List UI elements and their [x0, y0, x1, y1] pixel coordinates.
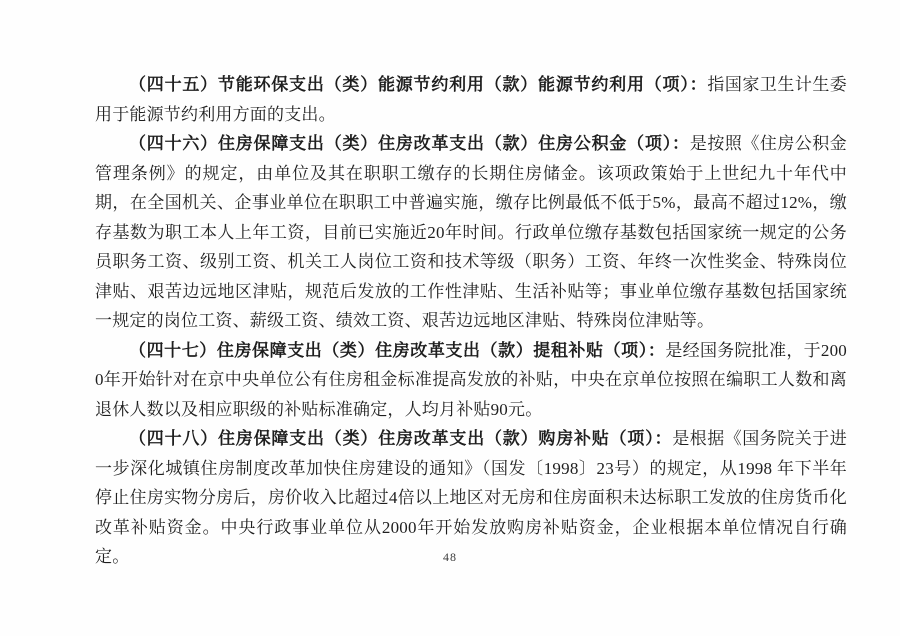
- paragraph-body: 是根据《国务院关于进一步深化城镇住房制度改革加快住房建设的通知》（国发〔1998…: [95, 429, 847, 566]
- document-page: （四十五）节能环保支出（类）能源节约利用（款）能源节约利用（项）：指国家卫生计生…: [0, 0, 900, 636]
- paragraph-item-45: （四十五）节能环保支出（类）能源节约利用（款）能源节约利用（项）：指国家卫生计生…: [95, 70, 847, 129]
- paragraph-heading: （四十五）节能环保支出（类）能源节约利用（款）能源节约利用（项）：: [129, 75, 707, 94]
- paragraph-item-46: （四十六）住房保障支出（类）住房改革支出（款）住房公积金（项）：是按照《住房公积…: [95, 129, 847, 336]
- document-body: （四十五）节能环保支出（类）能源节约利用（款）能源节约利用（项）：指国家卫生计生…: [95, 70, 847, 572]
- paragraph-heading: （四十七）住房保障支出（类）住房改革支出（款）提租补贴（项）：: [129, 341, 665, 360]
- paragraph-heading: （四十八）住房保障支出（类）住房改革支出（款）购房补贴（项）：: [129, 429, 672, 448]
- paragraph-body: 是按照《住房公积金管理条例》的规定，由单位及其在职职工缴存的长期住房储金。该项政…: [95, 134, 847, 330]
- paragraph-heading: （四十六）住房保障支出（类）住房改革支出（款）住房公积金（项）：: [129, 134, 690, 153]
- paragraph-item-47: （四十七）住房保障支出（类）住房改革支出（款）提租补贴（项）：是经国务院批准，于…: [95, 336, 847, 425]
- page-number: 48: [0, 550, 900, 565]
